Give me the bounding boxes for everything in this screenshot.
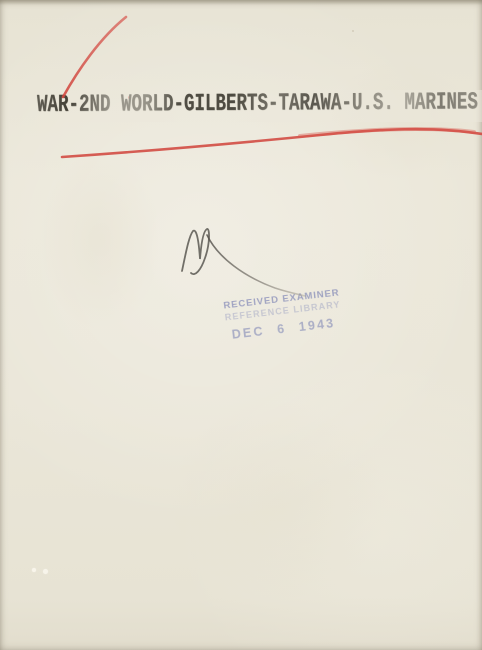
paper-speck bbox=[32, 568, 36, 572]
photo-verso: WAR-2ND WORLD-GILBERTS-TARAWA-U.S. MARIN… bbox=[0, 0, 482, 650]
typed-caption: WAR-2ND WORLD-GILBERTS-TARAWA-U.S. MARIN… bbox=[37, 89, 482, 119]
paper-speck bbox=[43, 569, 48, 574]
paper-stain bbox=[330, 60, 470, 180]
paper-stain bbox=[170, 400, 390, 600]
paper-stain bbox=[40, 150, 160, 330]
pencil-squiggle-tail bbox=[207, 235, 305, 296]
pencil-squiggle-m bbox=[182, 229, 209, 274]
red-crayon-sweep-thick bbox=[300, 129, 474, 136]
red-crayon-sweep bbox=[62, 129, 482, 157]
paper-speck bbox=[352, 30, 354, 32]
library-date-stamp: RECEIVED EXAMINER REFERENCE LIBRARY DEC … bbox=[223, 288, 341, 344]
red-crayon-stroke-top bbox=[63, 17, 126, 97]
